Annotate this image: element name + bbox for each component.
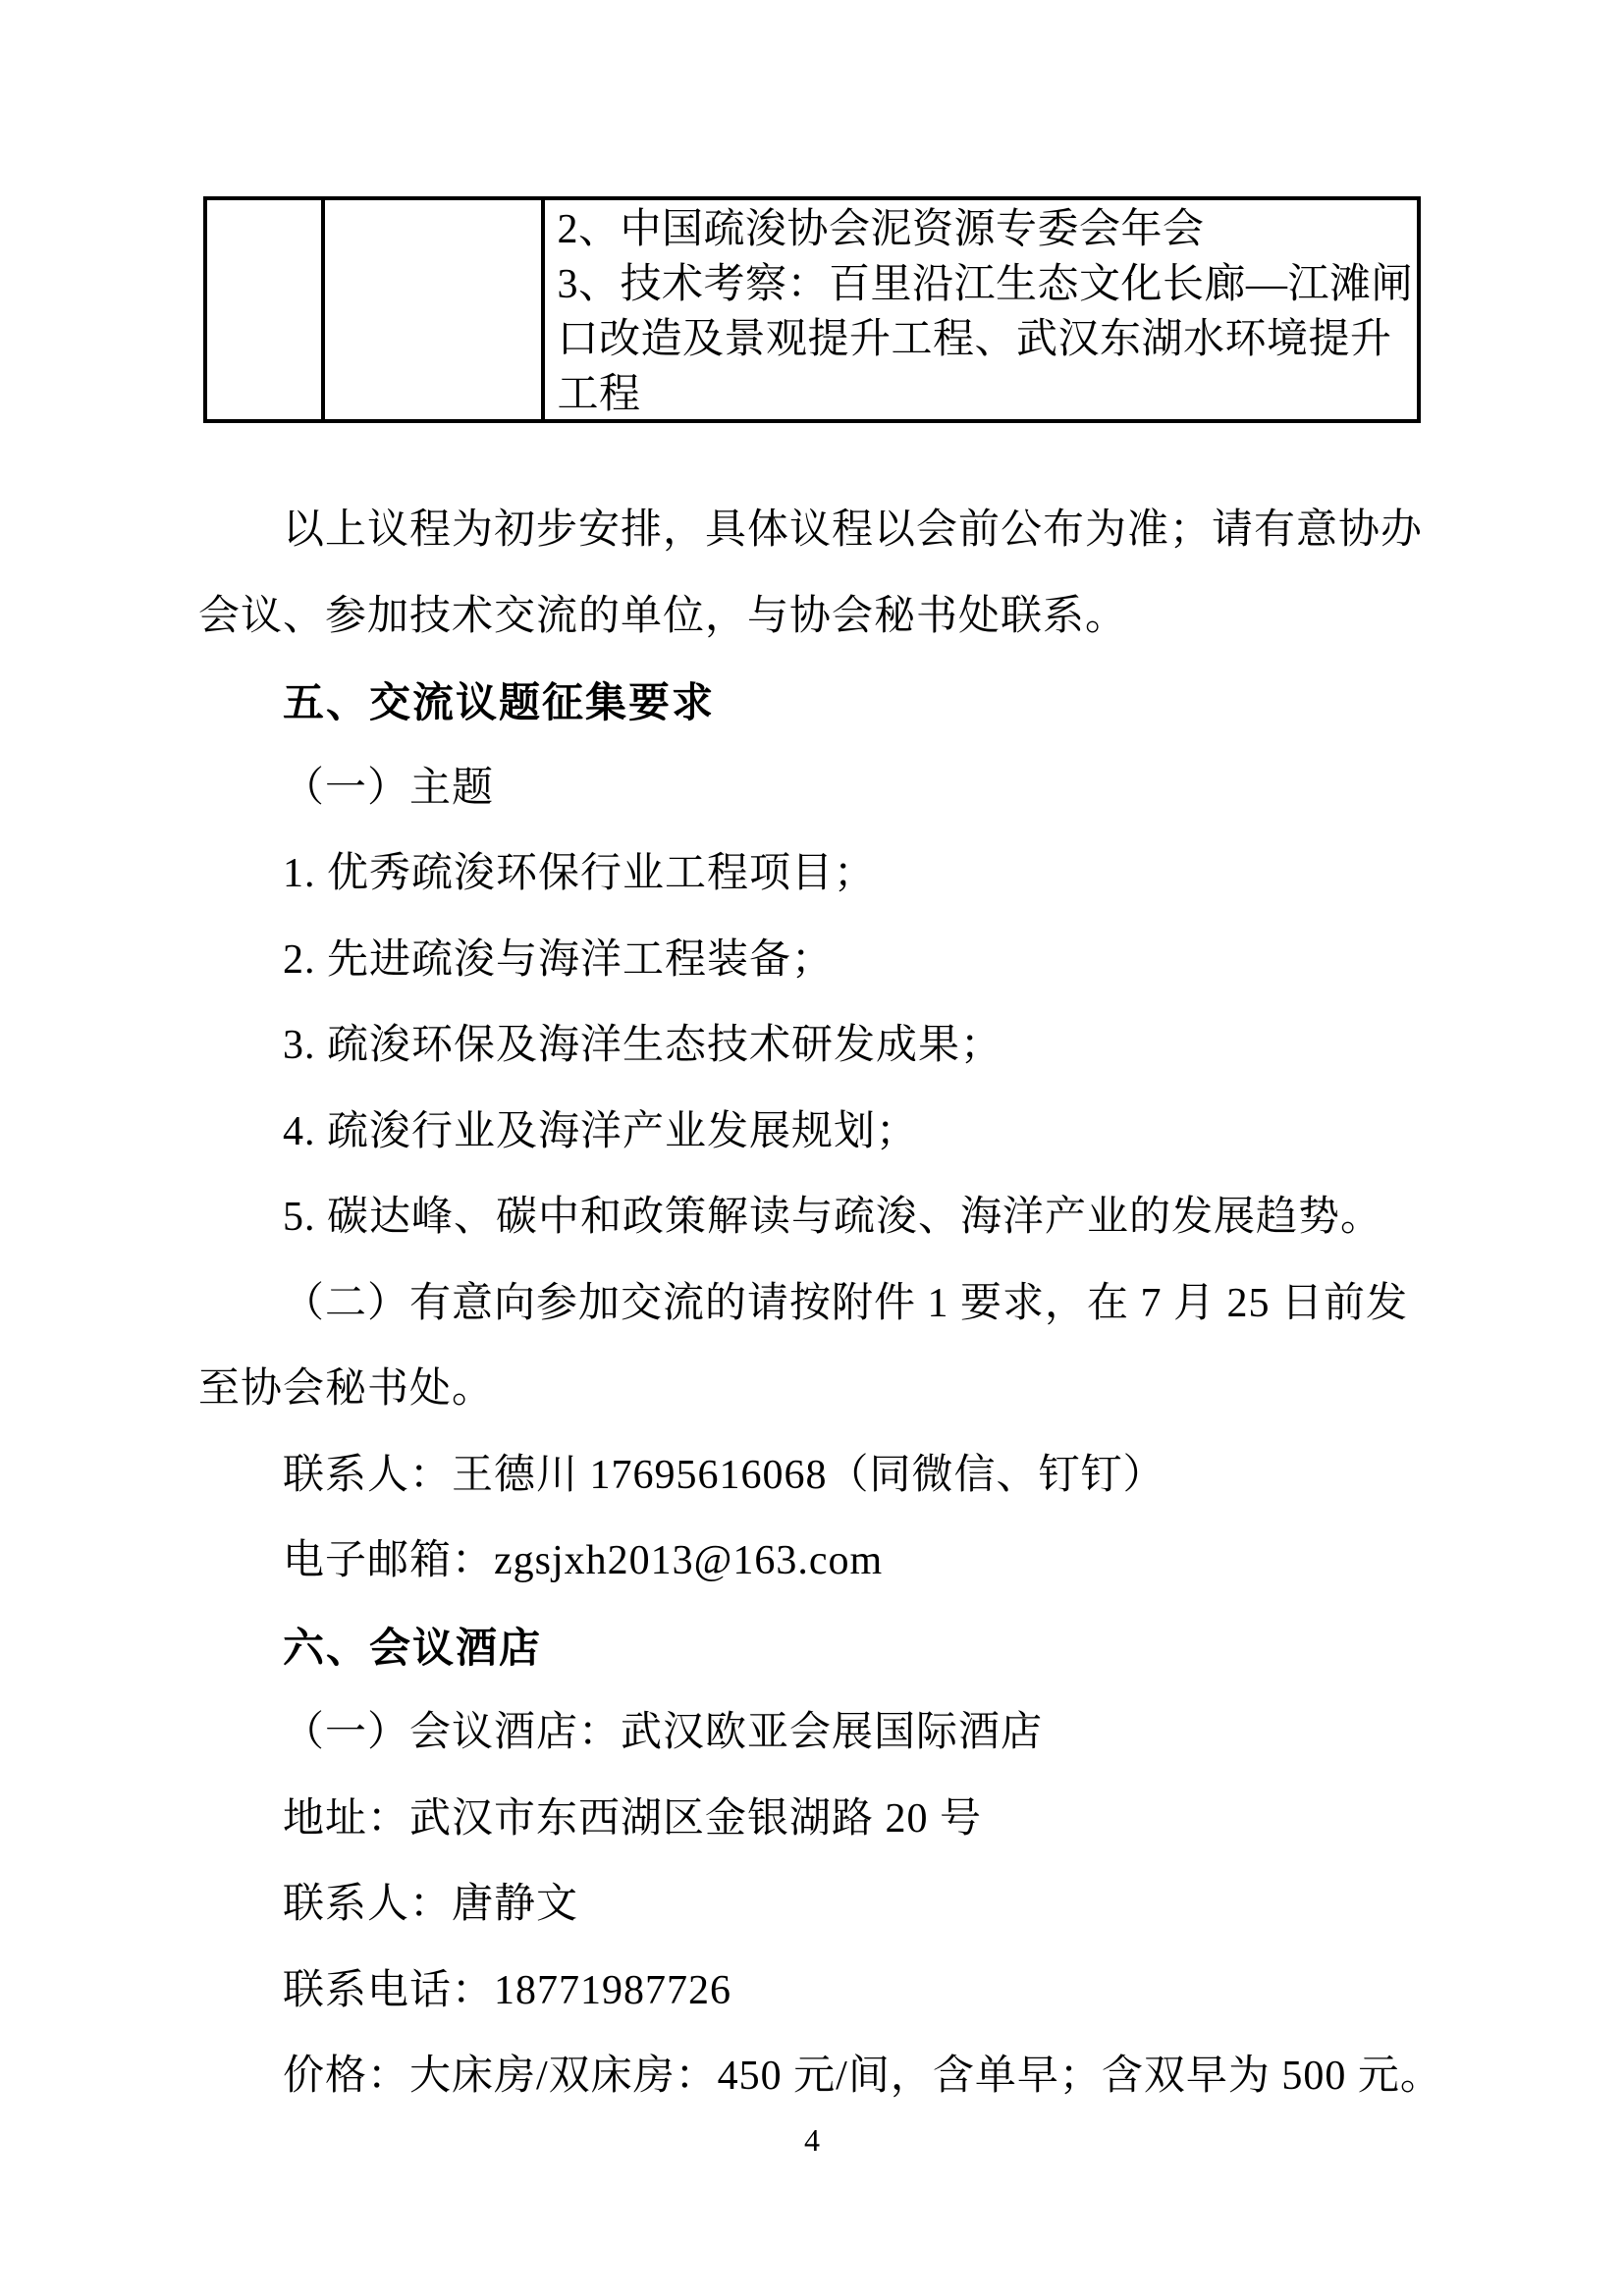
topic-item: 5. 碳达峰、碳中和政策解读与疏浚、海洋产业的发展趋势。 [198,1175,1428,1261]
hotel-phone-line: 联系电话：18771987726 [198,1949,1428,2035]
contact-email-line: 电子邮箱：zgsjxh2013@163.com [198,1519,1428,1605]
agenda-table-cell-content: 2、中国疏浚协会泥资源专委会年会 3、技术考察：百里沿江生态文化长廊—江滩闸 口… [545,200,1417,419]
hotel-contact-line: 联系人：唐静文 [198,1862,1428,1949]
topic-item: 1. 优秀疏浚环保行业工程项目； [198,831,1428,918]
document-page: 2、中国疏浚协会泥资源专委会年会 3、技术考察：百里沿江生态文化长廊—江滩闸 口… [0,0,1624,2296]
paragraph-line: 会议、参加技术交流的单位，与协会秘书处联系。 [198,574,1428,661]
topic-item: 3. 疏浚环保及海洋生态技术研发成果； [198,1003,1428,1090]
hotel-address-line: 地址：武汉市东西湖区金银湖路 20 号 [198,1777,1428,1863]
agenda-item: 2、中国疏浚协会泥资源专委会年会 [557,202,1413,257]
document-body: 以上议程为初步安排，具体议程以会前公布为准；请有意协办 会议、参加技术交流的单位… [198,488,1428,2120]
section-heading-5: 五、交流议题征集要求 [198,660,1428,746]
topic-item: 4. 疏浚行业及海洋产业发展规划； [198,1090,1428,1176]
paragraph-line: （二）有意向参加交流的请按附件 1 要求，在 7 月 25 日前发 [198,1261,1428,1348]
section-heading-6: 六、会议酒店 [198,1605,1428,1691]
agenda-item-wrap: 工程 [557,367,1413,422]
contact-person-line: 联系人：王德川 17695616068（同微信、钉钉） [198,1433,1428,1520]
topic-item: 2. 先进疏浚与海洋工程装备； [198,918,1428,1004]
paragraph-line: 至协会秘书处。 [198,1347,1428,1433]
paragraph-line: 以上议程为初步安排，具体议程以会前公布为准；请有意协办 [198,488,1428,574]
agenda-item: 3、技术考察：百里沿江生态文化长廊—江滩闸 [557,257,1413,312]
hotel-name-line: （一）会议酒店：武汉欧亚会展国际酒店 [198,1690,1428,1777]
agenda-table-cell-time [325,200,546,419]
agenda-table: 2、中国疏浚协会泥资源专委会年会 3、技术考察：百里沿江生态文化长廊—江滩闸 口… [203,196,1421,423]
page-number: 4 [0,2120,1624,2160]
agenda-table-cell-date [207,200,325,419]
subsection-heading: （一）主题 [198,746,1428,832]
agenda-item-wrap: 口改造及景观提升工程、武汉东湖水环境提升 [557,312,1413,367]
hotel-price-line: 价格：大床房/双床房：450 元/间，含单早；含双早为 500 元。 [198,2034,1428,2120]
